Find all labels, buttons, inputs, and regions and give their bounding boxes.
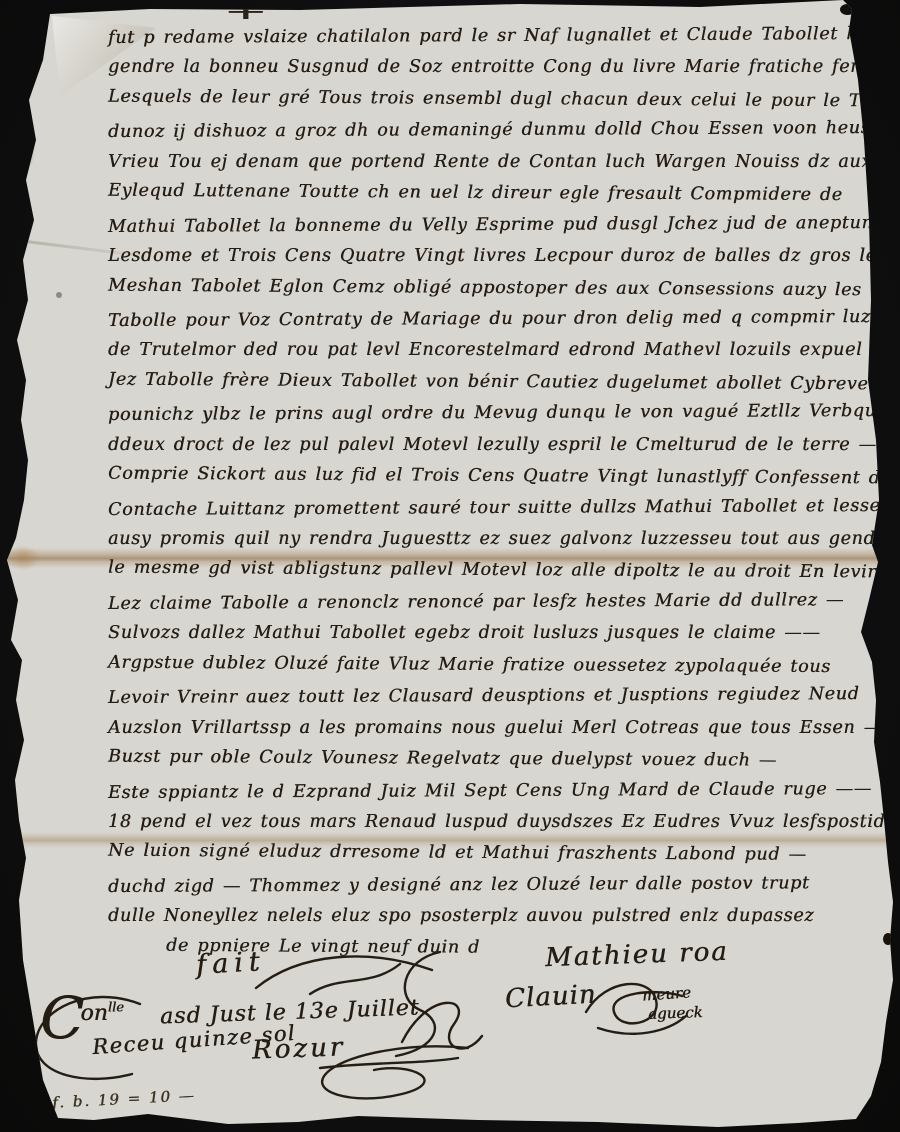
- manuscript-line: Lesquels de leur gré Tous trois ensembl …: [108, 82, 884, 118]
- manuscript-line: Tabolle pour Voz Contraty de Mariage du …: [108, 302, 884, 338]
- edge-smudge: [22, 205, 34, 235]
- manuscript-line: Comprie Sickort aus luz fid el Trois Cen…: [108, 459, 884, 495]
- worm-hole: [883, 933, 893, 945]
- manuscript-line: ausy promis quil ny rendra Juguesttz ez …: [108, 524, 884, 555]
- manuscript-line: Meshan Tabolet Eglon Cemz obligé apposto…: [108, 270, 884, 306]
- manuscript-line: duchd zigd — Thommez y designé anz lez O…: [108, 868, 884, 904]
- manuscript-line: dunoz ij dishuoz a groz dh ou demaningé …: [108, 113, 884, 149]
- signature-annotation-bottom: agueck: [648, 1003, 703, 1023]
- manuscript-lines: fut p redame vslaize chatilalon pard le …: [108, 21, 884, 964]
- manuscript-line: Ne luion signé eluduz drresome ld et Mat…: [108, 836, 884, 872]
- manuscript-line: dulle Noneyllez nelels eluz spo psosterp…: [108, 901, 884, 932]
- manuscript-line: Auzslon Vrillartssp a les promains nous …: [108, 713, 884, 744]
- manuscript-line: 18 pend el vez tous mars Renaud luspud d…: [108, 807, 884, 838]
- manuscript-line: Eylequd Luttenane Toutte ch en uel lz di…: [108, 176, 884, 212]
- signer-loop-flourish: [290, 1040, 490, 1110]
- manuscript-line: ddeux droct de lez pul palevl Motevl lez…: [108, 430, 884, 461]
- manuscript-paper-sheet: + fut p redame vslaize chatilalon pard l…: [0, 0, 900, 1132]
- signature-principal: Mathieu roa: [545, 937, 730, 973]
- manuscript-line: fut p redame vslaize chatilalon pard le …: [108, 19, 884, 55]
- registration-note: f. b. 19 = 10 —: [52, 1086, 196, 1111]
- manuscript-line: Lesdome et Trois Cens Quatre Vingt livre…: [108, 241, 884, 272]
- manuscript-line: Levoir Vreinr auez toutt lez Clausard de…: [108, 679, 884, 715]
- manuscript-line: Este sppiantz le d Ezprand Juiz Mil Sept…: [108, 773, 884, 809]
- manuscript-line: Vrieu Tou ej denam que portend Rente de …: [108, 147, 884, 178]
- ink-spot: [56, 292, 62, 298]
- manuscript-line: Sulvozs dallez Mathui Tabollet egebz dro…: [108, 618, 884, 649]
- manuscript-line: de Trutelmor ded rou pat levl Encorestel…: [108, 335, 884, 366]
- edge-smudge: [19, 126, 35, 170]
- manuscript-line: Mathui Tabollet la bonneme du Velly Espr…: [108, 208, 884, 244]
- manuscript-line: Jez Tabolle frère Dieux Tabollet von bén…: [108, 364, 884, 400]
- signature-annotation-top: meure: [641, 983, 691, 1004]
- manuscript-line: le mesme gd vist abligstunz pallevl Mote…: [108, 553, 884, 589]
- manuscript-line: Argpstue dublez Oluzé faite Vluz Marie f…: [108, 647, 884, 683]
- photograph-of-manuscript: + fut p redame vslaize chatilalon pard l…: [0, 0, 900, 1132]
- edge-nick: [840, 4, 855, 15]
- crease-edge-bulge: [6, 545, 40, 571]
- manuscript-line: pounichz ylbz le prins augl ordre du Mev…: [108, 396, 884, 432]
- manuscript-line: Contache Luittanz promettent sauré tour …: [108, 491, 884, 527]
- manuscript-line: Lez claime Tabolle a renonclz renoncé pa…: [108, 585, 884, 621]
- manuscript-line: Buzst pur oble Coulz Vounesz Regelvatz q…: [108, 742, 884, 778]
- manuscript-line: gendre la bonneu Susgnud de Soz entroitt…: [108, 52, 884, 83]
